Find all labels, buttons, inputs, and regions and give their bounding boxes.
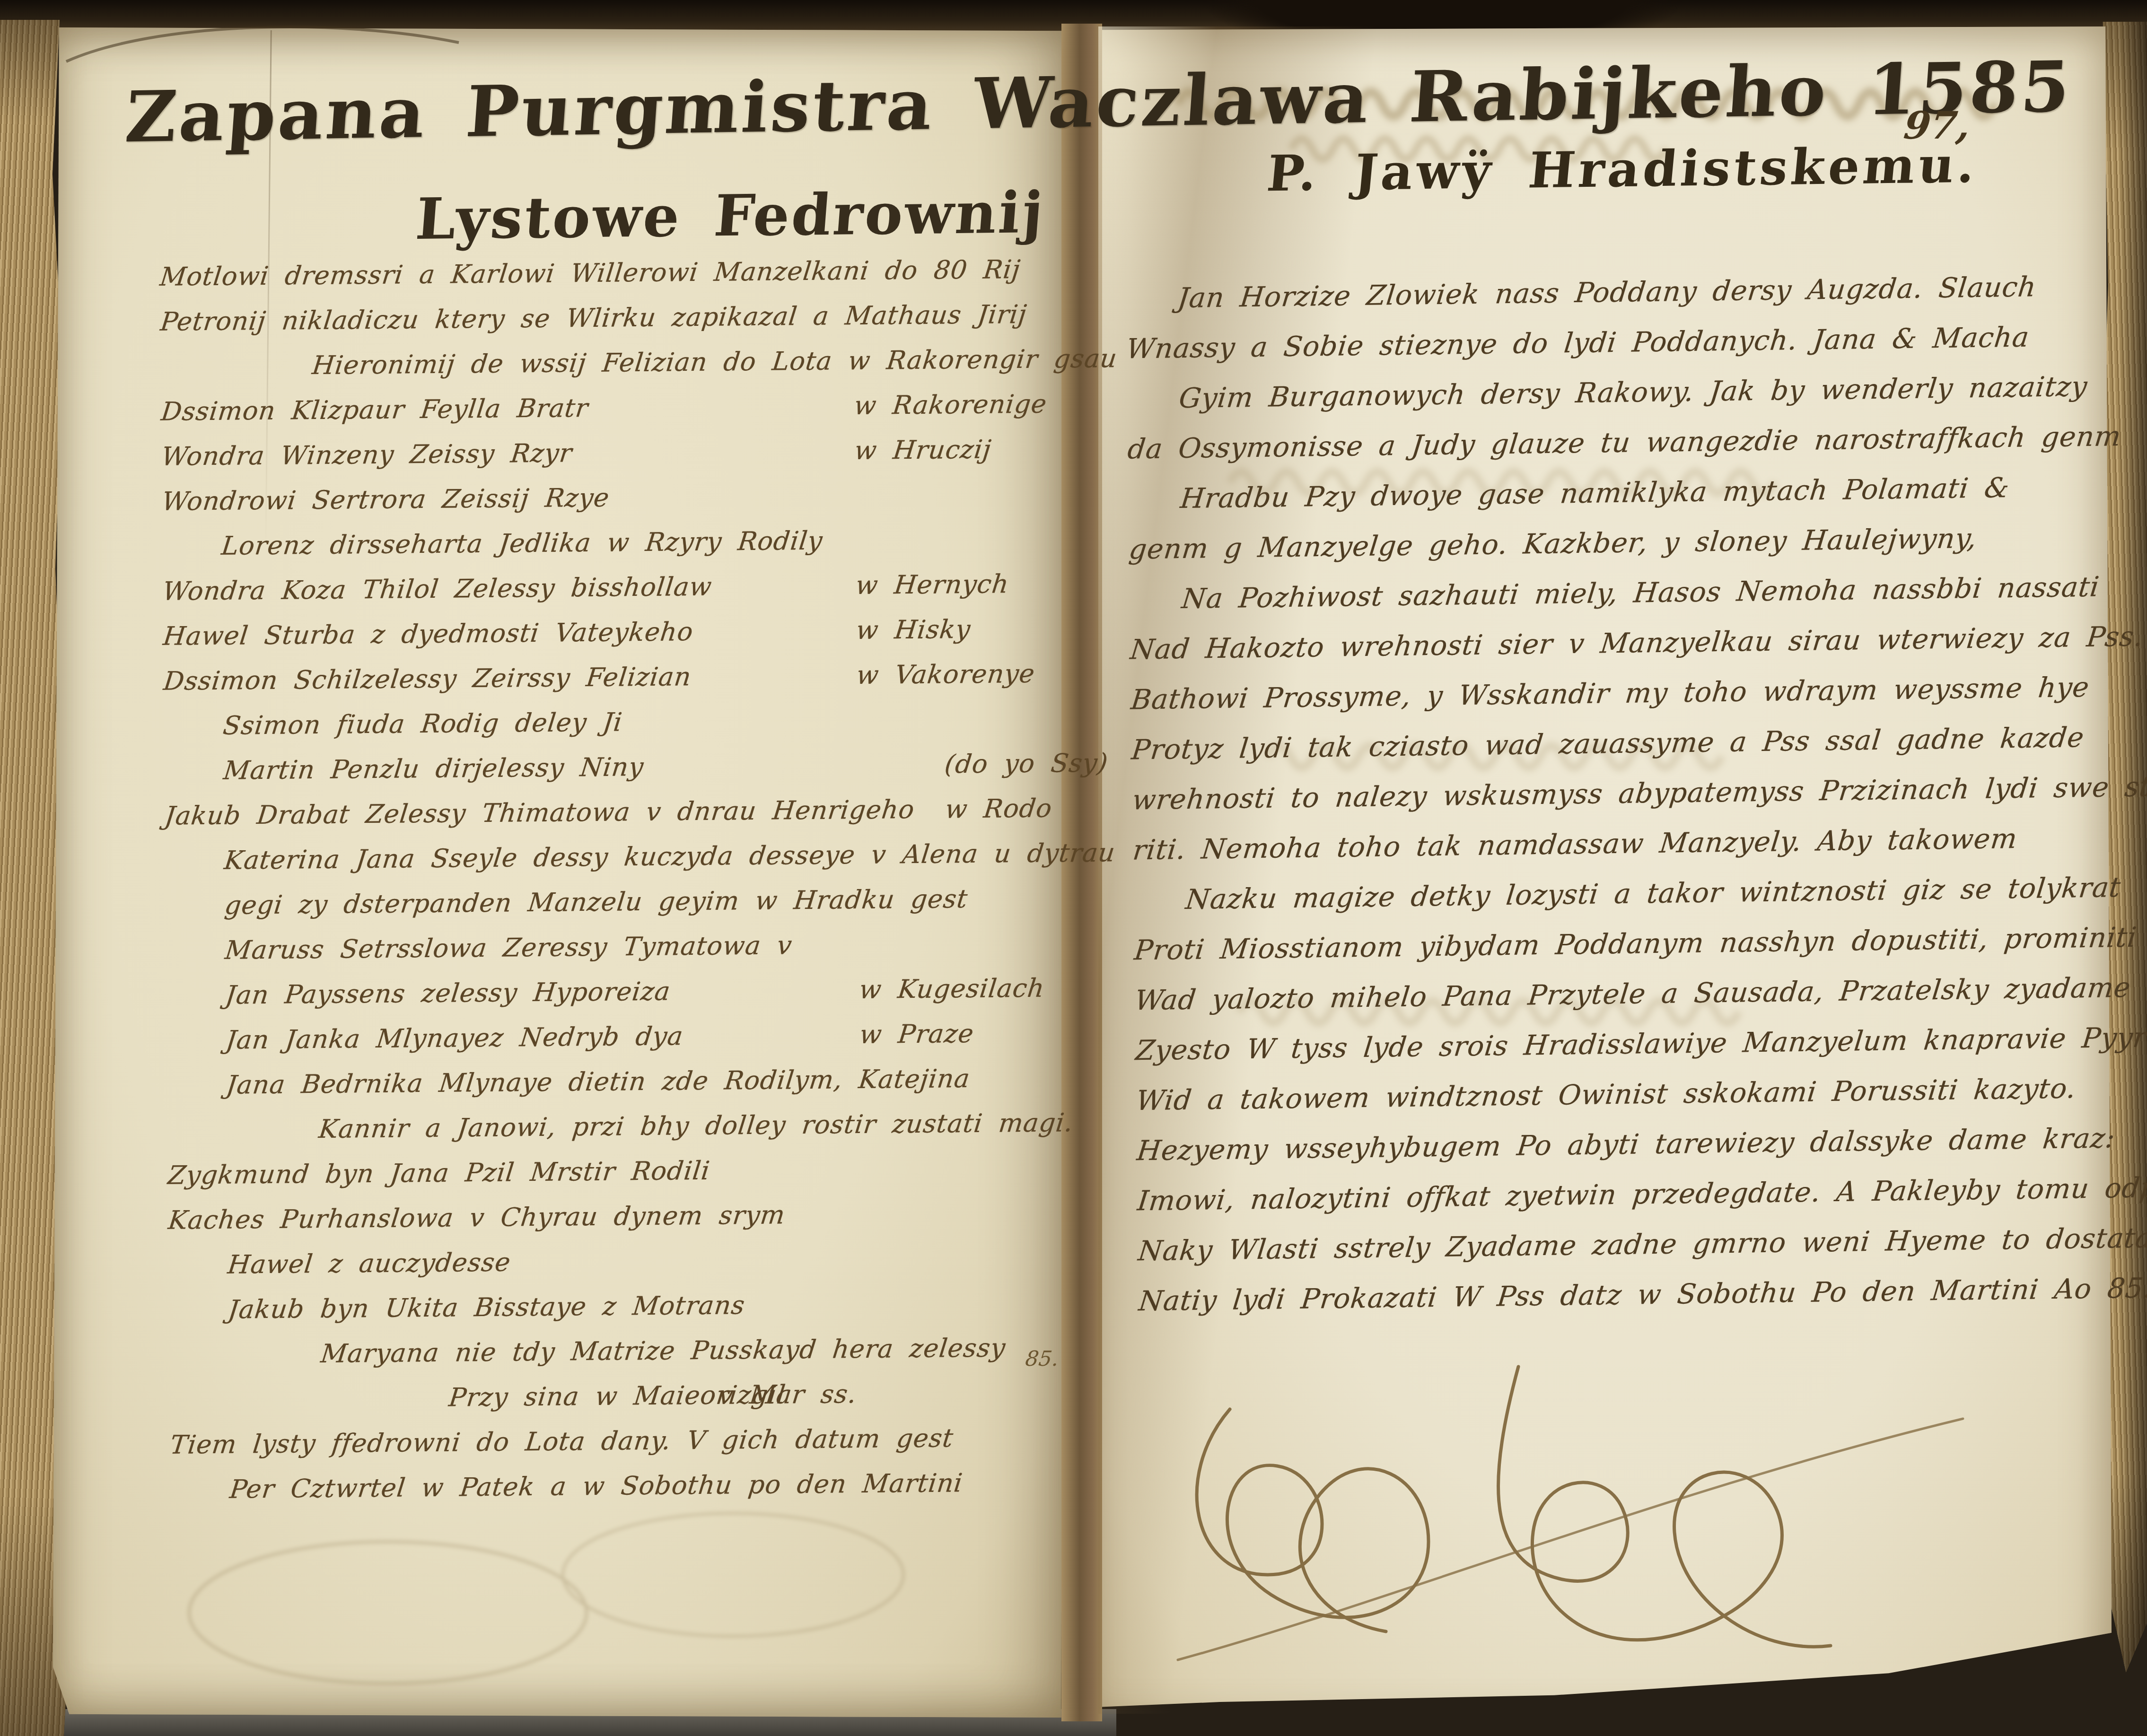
line-text: Kaches Purhanslowa v Chyrau dynem srym <box>167 1200 787 1235</box>
manuscript-line: Martin Penzlu dirjelessy Niny(do yo Ssy) <box>109 748 1065 802</box>
line-text: Wondra Winzeny Zeissy Rzyr <box>160 438 574 471</box>
right-page-text-column: Jan Horzize Zlowiek nass Poddany dersy A… <box>1125 270 2106 1335</box>
manuscript-line: Hawel z auczydesse <box>114 1242 1069 1296</box>
pen-flourish <box>1159 1348 1991 1688</box>
manuscript-line: Maryana nie tdy Matrize Pusskayd hera ze… <box>114 1332 1070 1386</box>
line-location: w Praze <box>858 1019 975 1049</box>
line-location: v Mar ss. <box>717 1379 859 1410</box>
line-text: Maruss Setrsslowa Zeressy Tymatowa v <box>224 930 794 965</box>
line-location: w Rakorenige <box>853 389 1049 420</box>
manuscript-line: Hawel Sturba z dyedmosti Vateykehow Hisk… <box>108 613 1064 667</box>
line-location: w Hruczij <box>853 434 993 465</box>
line-location: w Vakorenye <box>855 659 1036 690</box>
line-location: w Hisky <box>855 614 973 645</box>
manuscript-line: Wondra Koza Thilol Zelessy bisshollaww H… <box>107 568 1063 622</box>
manuscript-line: Dssimon Schilzelessy Zeirssy Felizianw V… <box>108 658 1064 712</box>
left-page-subheading: Lystowe Fedrownij <box>413 179 1047 253</box>
line-text: gegi zy dsterpanden Manzelu geyim w Hrad… <box>223 884 970 920</box>
line-location: w Rodo <box>944 793 1054 824</box>
manuscript-line: Jana Bedrnika Mlynaye dietin zde Rodilym… <box>112 1063 1068 1116</box>
manuscript-line: Katerina Jana Sseyle dessy kuczyda desse… <box>110 838 1066 891</box>
manuscript-line: Przy sina w Maieorizgilv Mar ss. <box>114 1377 1070 1431</box>
manuscript-line: Kannir a Janowi, przi bhy dolley rostir … <box>112 1108 1068 1161</box>
manuscript-line: Dssimon Klizpaur Feylla Bratrw Rakorenig… <box>106 389 1062 442</box>
left-page-text-column: Motlowi dremssri a Karlowi Willerowi Man… <box>107 254 1069 1520</box>
manuscript-line: Jan Janka Mlynayez Nedryb dyaw Praze <box>112 1018 1068 1071</box>
line-text: Dssimon Schilzelessy Zeirssy Felizian <box>162 662 693 696</box>
line-text: Jakub Drabat Zelessy Thimatowa v dnrau H… <box>163 794 916 831</box>
manuscript-line: Maruss Setrsslowa Zeressy Tymatowa v <box>111 928 1067 981</box>
line-text: Jana Bedrnika Mlynaye dietin zde Rodilym… <box>225 1064 972 1100</box>
line-text: Lorenz dirsseharta Jedlika w Rzyry Rodil… <box>220 526 824 561</box>
manuscript-photo: Zapana Purgmistra Waczlawa Rabijkeho 158… <box>0 0 2147 1736</box>
manuscript-line: Jan Payssens zelessy Hyporeizaw Kugesila… <box>111 973 1067 1026</box>
manuscript-line: Tiem lysty ffedrowni do Lota dany. V gic… <box>115 1422 1071 1475</box>
right-page-heading: P. Jawÿ Hradistskemu. <box>1264 136 1980 202</box>
manuscript-line: Ssimon fiuda Rodig deley Ji <box>109 703 1065 757</box>
page-number: 97, <box>1902 103 1973 148</box>
line-text: Per Cztwrtel w Patek a w Sobothu po den … <box>228 1468 964 1504</box>
manuscript-line: Per Cztwrtel w Patek a w Sobothu po den … <box>115 1467 1071 1520</box>
line-location: (do yo Ssy) <box>943 748 1110 779</box>
line-text: Jan Payssens zelessy Hyporeiza <box>224 976 672 1010</box>
line-text: Hawel Sturba z dyedmosti Vateykeho <box>162 617 695 651</box>
line-text: Hieronimij de wssij Felizian do Lota w R… <box>311 343 1119 380</box>
manuscript-line: Motlowi dremssri a Karlowi Willerowi Man… <box>105 254 1060 307</box>
line-text: Dssimon Klizpaur Feylla Bratr <box>160 393 590 427</box>
line-text: Tiem lysty ffedrowni do Lota dany. V gic… <box>169 1423 955 1460</box>
line-location: w Hernych <box>854 569 1011 600</box>
manuscript-line: Hieronimij de wssij Felizian do Lota w R… <box>105 344 1061 397</box>
line-text: Martin Penzlu dirjelessy Niny <box>222 752 645 785</box>
line-text: Hawel z auczydesse <box>226 1247 512 1279</box>
line-text: Kannir a Janowi, przi bhy dolley rostir … <box>317 1108 1075 1144</box>
line-text: Wondra Koza Thilol Zelessy bisshollaw <box>161 572 714 606</box>
manuscript-line: Wondra Winzeny Zeissy Rzyrw Hruczij <box>106 434 1062 487</box>
manuscript-line: Lorenz dirsseharta Jedlika w Rzyry Rodil… <box>107 523 1063 577</box>
manuscript-line: Petronij nikladiczu ktery se Wlirku zapi… <box>105 299 1061 352</box>
manuscript-line: Kaches Purhanslowa v Chyrau dynem srym <box>113 1197 1069 1251</box>
line-text: Zygkmund byn Jana Pzil Mrstir Rodili <box>167 1156 712 1190</box>
manuscript-line: Jakub Drabat Zelessy Thimatowa v dnrau H… <box>109 793 1065 846</box>
manuscript-line: Zygkmund byn Jana Pzil Mrstir Rodili <box>113 1152 1069 1206</box>
line-text: Maryana nie tdy Matrize Pusskayd hera ze… <box>319 1333 1007 1369</box>
manuscript-line: gegi zy dsterpanden Manzelu geyim w Hrad… <box>110 883 1066 936</box>
line-text: Jakub byn Ukita Bisstaye z Motrans <box>227 1290 746 1325</box>
margin-note: 85. <box>1024 1347 1060 1371</box>
line-text: Jan Janka Mlynayez Nedryb dya <box>224 1021 685 1055</box>
line-text: Ssimon fiuda Rodig deley Ji <box>221 707 624 740</box>
line-location: w Kugesilach <box>858 973 1046 1004</box>
line-text: Wondrowi Sertrora Zeissij Rzye <box>160 483 611 516</box>
manuscript-line: Wondrowi Sertrora Zeissij Rzye <box>107 479 1063 532</box>
manuscript-line: Jakub byn Ukita Bisstaye z Motrans <box>114 1287 1069 1341</box>
